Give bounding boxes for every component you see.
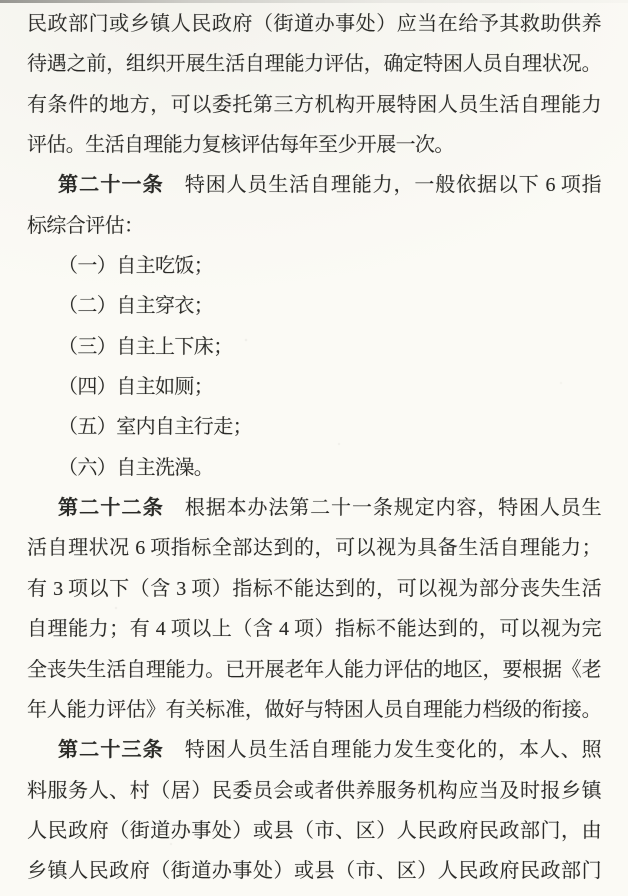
line-text: （三）自主上下床； xyxy=(58,336,233,358)
line-text: 有条件的地方，可以委托第三方机构开展特困人员生活自理能力 xyxy=(27,94,601,116)
article-number: 第二十一条 xyxy=(58,174,164,196)
text-line: （一）自主吃饭； xyxy=(27,246,601,286)
text-line: 全丧失生活自理能力。已开展老年人能力评估的地区，要根据《老 xyxy=(27,650,601,690)
line-text: 料服务人、村（居）民委员会或者供养服务机构应当及时报乡镇 xyxy=(27,780,601,802)
line-text: 人民政府（街道办事处）或县（市、区）人民政府民政部门，由 xyxy=(27,820,601,842)
text-line: 评估。生活自理能力复核评估每年至少开展一次。 xyxy=(27,125,601,165)
article-number: 第二十二条 xyxy=(58,497,164,519)
text-line: （三）自主上下床； xyxy=(27,327,601,367)
line-text: 年人能力评估》有关标准，做好与特困人员自理能力档级的衔接。 xyxy=(27,699,601,721)
line-text: 评估。生活自理能力复核评估每年至少开展一次。 xyxy=(27,134,454,156)
text-line: （五）室内自主行走； xyxy=(27,407,601,447)
scan-noise xyxy=(0,0,2,2)
article-number: 第二十三条 xyxy=(58,739,164,761)
text-line: 料服务人、村（居）民委员会或者供养服务机构应当及时报乡镇 xyxy=(27,771,601,811)
scan-edge-artifact xyxy=(0,0,628,3)
line-text: （五）室内自主行走； xyxy=(58,416,252,438)
line-text: 乡镇人民政府（街道办事处）或县（市、区）人民政府民政部门 xyxy=(27,860,601,882)
text-line: 第二十一条特困人员生活自理能力，一般依据以下 6 项指 xyxy=(27,165,601,205)
scanned-document-page: 民政部门或乡镇人民政府（街道办事处）应当在给予其救助供养待遇之前，组织开展生活自… xyxy=(0,0,628,896)
text-line: 第二十二条根据本办法第二十一条规定内容，特困人员生 xyxy=(27,488,601,528)
line-text: 根据本办法第二十一条规定内容，特困人员生 xyxy=(185,497,601,519)
text-line: （六）自主洗澡。 xyxy=(27,448,601,488)
line-text: 待遇之前，组织开展生活自理能力评估，确定特困人员自理状况。 xyxy=(27,53,601,75)
text-line: 有条件的地方，可以委托第三方机构开展特困人员生活自理能力 xyxy=(27,85,601,125)
line-text: （二）自主穿衣； xyxy=(58,295,213,317)
text-line: 标综合评估： xyxy=(27,206,601,246)
line-text: （四）自主如厕； xyxy=(58,376,213,398)
text-line: 有 3 项以下（含 3 项）指标不能达到的，可以视为部分丧失生活 xyxy=(27,569,601,609)
line-text: （一）自主吃饭； xyxy=(58,255,213,277)
text-line: （四）自主如厕； xyxy=(27,367,601,407)
line-text: 有 3 项以下（含 3 项）指标不能达到的，可以视为部分丧失生活 xyxy=(27,578,601,600)
text-line: 活自理状况 6 项指标全部达到的，可以视为具备生活自理能力； xyxy=(27,528,601,568)
line-text: 特困人员生活自理能力，一般依据以下 6 项指 xyxy=(185,174,601,196)
line-text: 全丧失生活自理能力。已开展老年人能力评估的地区，要根据《老 xyxy=(27,659,601,681)
text-line: 待遇之前，组织开展生活自理能力评估，确定特困人员自理状况。 xyxy=(27,44,601,84)
text-line: 年人能力评估》有关标准，做好与特困人员自理能力档级的衔接。 xyxy=(27,690,601,730)
document-body: 民政部门或乡镇人民政府（街道办事处）应当在给予其救助供养待遇之前，组织开展生活自… xyxy=(27,4,601,892)
line-text: 自理能力；有 4 项以上（含 4 项）指标不能达到的，可以视为完 xyxy=(27,618,601,640)
text-line: （二）自主穿衣； xyxy=(27,286,601,326)
text-line: 乡镇人民政府（街道办事处）或县（市、区）人民政府民政部门 xyxy=(27,851,601,891)
text-line: 民政部门或乡镇人民政府（街道办事处）应当在给予其救助供养 xyxy=(27,4,601,44)
line-text: 标综合评估： xyxy=(27,215,143,237)
text-line: 人民政府（街道办事处）或县（市、区）人民政府民政部门，由 xyxy=(27,811,601,851)
line-text: （六）自主洗澡。 xyxy=(58,457,213,479)
line-text: 特困人员生活自理能力发生变化的，本人、照 xyxy=(185,739,601,761)
text-line: 自理能力；有 4 项以上（含 4 项）指标不能达到的，可以视为完 xyxy=(27,609,601,649)
line-text: 民政部门或乡镇人民政府（街道办事处）应当在给予其救助供养 xyxy=(27,13,601,35)
line-text: 活自理状况 6 项指标全部达到的，可以视为具备生活自理能力； xyxy=(27,537,601,559)
text-line: 第二十三条特困人员生活自理能力发生变化的，本人、照 xyxy=(27,730,601,770)
